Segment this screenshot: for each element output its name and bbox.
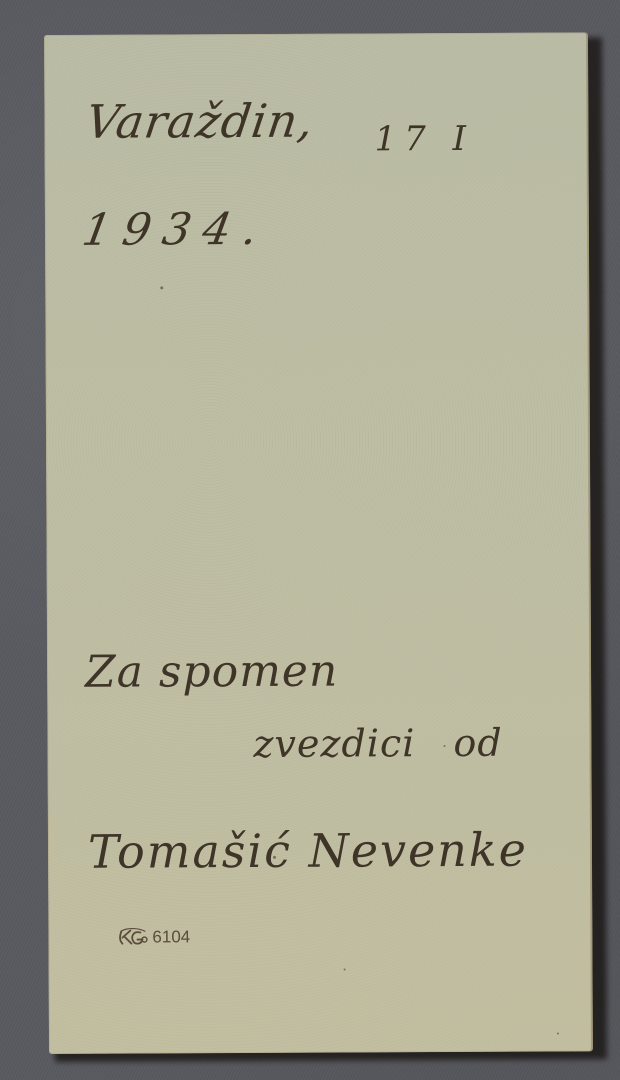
ink-dot xyxy=(273,856,276,859)
handwritten-year: 1934. xyxy=(79,204,274,256)
photo-card-back: Varaždin, 17 I 1934. Za spomen zvezdicio… xyxy=(44,32,593,1054)
catalog-number: 6104 xyxy=(152,927,190,947)
handwritten-dedication-line-1: Za spomen xyxy=(85,646,338,698)
handwritten-signature: Tomašić Nevenke xyxy=(88,823,528,879)
publisher-logo-icon xyxy=(118,928,148,948)
paper-speck xyxy=(557,1032,559,1034)
publisher-imprint: 6104 xyxy=(118,927,190,947)
handwritten-place: Varaždin, xyxy=(83,94,318,149)
dedication-word: zvezdici xyxy=(253,721,415,766)
ink-dot xyxy=(160,286,163,289)
ink-dot xyxy=(443,745,445,747)
paper-speck xyxy=(344,969,346,971)
dedication-from: od xyxy=(453,721,502,765)
handwritten-dedication-line-2: zvezdiciod xyxy=(253,721,502,766)
handwritten-date: 17 I xyxy=(374,119,474,159)
